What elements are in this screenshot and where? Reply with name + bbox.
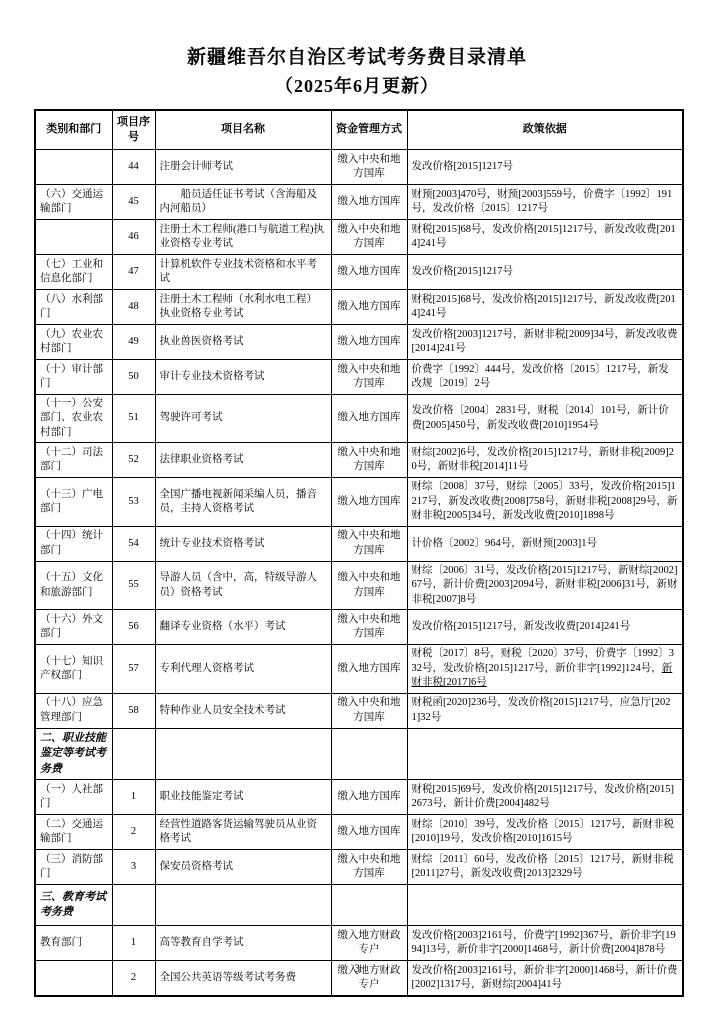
policy-cell: 财综〔2006〕31号，发改价格[2015]1217号，新财综[2002]67号… xyxy=(407,561,683,609)
policy-cell-text: 发改价格〔2004〕2831号，财税〔2014〕101号，新计价费[2005]4… xyxy=(412,405,669,430)
category-cell-text: （七）工业和信息化部门 xyxy=(40,259,103,284)
item-number-cell-text: 48 xyxy=(128,301,139,312)
fund-method-cell: 缴入地方国库 xyxy=(331,645,407,693)
item-number-cell: 44 xyxy=(112,150,155,185)
item-name-cell: 保安员资格考试 xyxy=(155,850,331,885)
fund-method-cell-text: 缴入地方国库 xyxy=(338,791,401,802)
policy-cell: 发改价格[2015]1217号 xyxy=(407,150,683,185)
item-number-cell: 50 xyxy=(112,360,155,395)
item-number-cell: 1 xyxy=(112,780,155,815)
category-cell-text: （十五）文化和旅游部门 xyxy=(40,572,103,597)
fund-method-cell: 缴入中央和地方国库 xyxy=(331,443,407,478)
item-name-cell-text: 船员适任证书考试（含海船及内河船员） xyxy=(160,189,318,214)
item-name-cell-text: 注册会计师考试 xyxy=(160,161,234,172)
category-cell-text: （六）交通运输部门 xyxy=(40,189,103,214)
fund-method-cell-text: 缴入中央和地方国库 xyxy=(338,697,401,722)
category-cell-text: （十三）广电部门 xyxy=(40,489,103,514)
policy-cell-text: 财预[2003]470号，财预[2003]559号，价费字〔1992〕191号，… xyxy=(412,189,673,214)
item-number-cell: 55 xyxy=(112,561,155,609)
policy-cell: 发改价格[2003]2161号，价费字[1992]367号，新价非字[1994]… xyxy=(407,926,683,961)
item-number-cell: 1 xyxy=(112,926,155,961)
policy-cell-text: 财综〔2008〕37号，财综〔2005〕33号，发改价格[2015]1217号，… xyxy=(412,481,678,521)
category-cell: （十七）知识产权部门 xyxy=(35,645,112,693)
item-name-cell-text: 保安员资格考试 xyxy=(160,861,234,872)
category-cell: 三、教育考试考务费 xyxy=(35,885,112,926)
policy-cell-text: 发改价格[2003]1217号，新财非税[2009]34号，新发改收费[2014… xyxy=(412,329,678,354)
item-number-cell: 3 xyxy=(112,850,155,885)
item-name-cell: 法律职业资格考试 xyxy=(155,443,331,478)
item-name-cell: 翻译专业资格（水平）考试 xyxy=(155,610,331,645)
fund-method-cell xyxy=(331,885,407,926)
category-cell-text: （八）水利部门 xyxy=(40,294,103,319)
policy-cell-text: 财综[2002]6号，发改价格[2015]1217号，新财非税[2009]20号… xyxy=(412,447,674,472)
policy-cell: 财预[2003]470号，财预[2003]559号，价费字〔1992〕191号，… xyxy=(407,185,683,220)
document-subtitle: （2025年6月更新） xyxy=(0,72,714,98)
policy-cell-text: 财税函[2020]236号，发改价格[2015]1217号，应急厅[2021]3… xyxy=(412,697,671,722)
category-cell: （七）工业和信息化部门 xyxy=(35,255,112,290)
item-name-cell-text: 专利代理人资格考试 xyxy=(160,663,255,674)
fee-table: 类别和部门 项目序号 项目名称 资金管理方式 政策依据 44注册会计师考试缴入中… xyxy=(34,109,684,997)
category-cell: （十六）外文部门 xyxy=(35,610,112,645)
fund-method-cell-text: 缴入地方国库 xyxy=(338,826,401,837)
policy-cell: 发改价格〔2004〕2831号，财税〔2014〕101号，新计价费[2005]4… xyxy=(407,395,683,443)
item-name-cell-text: 经营性道路客货运输驾驶员从业资格考试 xyxy=(160,819,318,844)
item-name-cell-text: 高等教育自学考试 xyxy=(160,937,244,948)
item-number-cell: 57 xyxy=(112,645,155,693)
category-cell xyxy=(35,220,112,255)
item-name-cell: 计算机软件专业技术资格和水平考试 xyxy=(155,255,331,290)
table-row: 教育部门1高等教育自学考试缴入地方财政专户发改价格[2003]2161号，价费字… xyxy=(35,926,683,961)
fund-method-cell xyxy=(331,728,407,779)
fund-method-cell-text: 缴入中央和地方国库 xyxy=(338,530,401,555)
policy-cell: 价费字〔1992〕444号，发改价格〔2015〕1217号，新发改规〔2019〕… xyxy=(407,360,683,395)
item-name-cell-text: 驾驶许可考试 xyxy=(160,412,223,423)
column-header-fund-method: 资金管理方式 xyxy=(331,110,407,150)
fund-method-cell: 缴入中央和地方国库 xyxy=(331,693,407,728)
item-name-cell: 注册土木工程师(港口与航道工程)执业资格专业考试 xyxy=(155,220,331,255)
item-number-cell-text: 46 xyxy=(128,231,139,242)
fund-method-cell: 缴入地方国库 xyxy=(331,185,407,220)
item-number-cell-text: 54 xyxy=(128,538,139,549)
item-name-cell: 审计专业技术资格考试 xyxy=(155,360,331,395)
policy-cell-text: 财税[2015]69号，发改价格[2015]1217号，发改价格[2015]26… xyxy=(412,784,674,809)
fund-method-cell: 缴入中央和地方国库 xyxy=(331,526,407,561)
document-page: 新疆维吾尔自治区考试考务费目录清单 （2025年6月更新） 类别和部门 项目序号… xyxy=(0,42,714,997)
item-name-cell-text: 统计专业技术资格考试 xyxy=(160,538,265,549)
fund-method-cell-text: 缴入中央和地方国库 xyxy=(338,614,401,639)
item-name-cell-text: 全国广播电视新闻采编人员，播音员，主持人资格考试 xyxy=(160,489,318,514)
table-row: （九）农业农村部门49执业兽医资格考试缴入地方国库发改价格[2003]1217号… xyxy=(35,325,683,360)
item-number-cell: 53 xyxy=(112,478,155,526)
category-cell: （一）人社部门 xyxy=(35,780,112,815)
item-number-cell-text: 56 xyxy=(128,621,139,632)
item-name-cell-text: 职业技能鉴定考试 xyxy=(160,791,244,802)
policy-cell: 财税函[2020]236号，发改价格[2015]1217号，应急厅[2021]3… xyxy=(407,693,683,728)
table-row: 46注册土木工程师(港口与航道工程)执业资格专业考试缴入中央和地方国库财税[20… xyxy=(35,220,683,255)
table-row: （六）交通运输部门45 船员适任证书考试（含海船及内河船员）缴入地方国库财预[2… xyxy=(35,185,683,220)
policy-cell-text: 财税[2015]68号，发改价格[2015]1217号，新发改收费[2014]2… xyxy=(412,224,676,249)
fund-method-cell-text: 缴入地方国库 xyxy=(338,336,401,347)
item-number-cell xyxy=(112,885,155,926)
fund-method-cell-text: 缴入地方国库 xyxy=(338,412,401,423)
category-cell: （十）审计部门 xyxy=(35,360,112,395)
fund-method-cell: 缴入中央和地方国库 xyxy=(331,220,407,255)
fund-method-cell-text: 缴入中央和地方国库 xyxy=(338,854,401,879)
item-number-cell: 45 xyxy=(112,185,155,220)
item-name-cell-text: 特种作业人员安全技术考试 xyxy=(160,705,286,716)
category-cell: 二、职业技能鉴定等考试考务费 xyxy=(35,728,112,779)
policy-cell: 财税[2015]68号，发改价格[2015]1217号，新发改收费[2014]2… xyxy=(407,290,683,325)
category-cell: （十四）统计部门 xyxy=(35,526,112,561)
item-number-cell-text: 1 xyxy=(131,937,136,948)
policy-cell: 财综〔2010〕39号，发改价格〔2015〕1217号，新财非税[2010]19… xyxy=(407,815,683,850)
table-row: （三）消防部门3保安员资格考试缴入中央和地方国库财综〔2011〕60号，发改价格… xyxy=(35,850,683,885)
policy-cell-text: 财税〔2017〕8号，财税〔2020〕37号，价费字〔1992〕332号，发改价… xyxy=(412,648,675,673)
item-number-cell: 51 xyxy=(112,395,155,443)
table-row: （十八）应急管理部门58特种作业人员安全技术考试缴入中央和地方国库财税函[202… xyxy=(35,693,683,728)
table-row: （十）审计部门50审计专业技术资格考试缴入中央和地方国库价费字〔1992〕444… xyxy=(35,360,683,395)
fund-method-cell-text: 缴入地方国库 xyxy=(338,496,401,507)
policy-cell: 财综〔2011〕60号，发改价格〔2015〕1217号，新财非税[2011]27… xyxy=(407,850,683,885)
item-name-cell-text: 计算机软件专业技术资格和水平考试 xyxy=(160,259,318,284)
item-number-cell: 56 xyxy=(112,610,155,645)
header-row: 类别和部门 项目序号 项目名称 资金管理方式 政策依据 xyxy=(35,110,683,150)
item-name-cell: 导游人员（含中，高，特级导游人员）资格考试 xyxy=(155,561,331,609)
table-row: 44注册会计师考试缴入中央和地方国库发改价格[2015]1217号 xyxy=(35,150,683,185)
category-cell-text: （九）农业农村部门 xyxy=(40,329,103,354)
category-cell: （六）交通运输部门 xyxy=(35,185,112,220)
policy-cell-text: 发改价格[2015]1217号，新发改收费[2014]241号 xyxy=(412,621,631,632)
category-cell-text: （十二）司法部门 xyxy=(40,447,103,472)
item-number-cell: 46 xyxy=(112,220,155,255)
category-cell-text: （十）审计部门 xyxy=(40,364,103,389)
category-cell: （八）水利部门 xyxy=(35,290,112,325)
table-row: （十五）文化和旅游部门55导游人员（含中，高，特级导游人员）资格考试缴入中央和地… xyxy=(35,561,683,609)
category-cell-text: （十六）外文部门 xyxy=(40,614,103,639)
fund-method-cell: 缴入中央和地方国库 xyxy=(331,150,407,185)
fund-method-cell: 缴入中央和地方国库 xyxy=(331,850,407,885)
item-number-cell: 47 xyxy=(112,255,155,290)
category-cell: （十五）文化和旅游部门 xyxy=(35,561,112,609)
category-cell: （三）消防部门 xyxy=(35,850,112,885)
category-cell-text: （一）人社部门 xyxy=(40,784,103,809)
category-cell-text: 教育部门 xyxy=(40,937,82,948)
column-header-policy-basis: 政策依据 xyxy=(407,110,683,150)
table-row: （八）水利部门48注册土木工程师（水利水电工程）执业资格专业考试缴入地方国库财税… xyxy=(35,290,683,325)
fund-method-cell-text: 缴入地方国库 xyxy=(338,266,401,277)
fund-method-cell-text: 缴入中央和地方国库 xyxy=(338,447,401,472)
item-number-cell-text: 55 xyxy=(128,579,139,590)
fund-method-cell-text: 缴入地方国库 xyxy=(338,196,401,207)
item-name-cell: 职业技能鉴定考试 xyxy=(155,780,331,815)
item-name-cell: 经营性道路客货运输驾驶员从业资格考试 xyxy=(155,815,331,850)
item-number-cell-text: 52 xyxy=(128,454,139,465)
item-number-cell-text: 45 xyxy=(128,196,139,207)
fund-method-cell-text: 缴入地方国库 xyxy=(338,301,401,312)
item-number-cell-text: 50 xyxy=(128,371,139,382)
column-header-category: 类别和部门 xyxy=(35,110,112,150)
policy-cell: 发改价格[2003]1217号，新财非税[2009]34号，新发改收费[2014… xyxy=(407,325,683,360)
policy-cell: 财税[2015]68号，发改价格[2015]1217号，新发改收费[2014]2… xyxy=(407,220,683,255)
fund-method-cell: 缴入地方国库 xyxy=(331,815,407,850)
item-name-cell-text: 注册土木工程师（水利水电工程）执业资格专业考试 xyxy=(160,294,318,319)
policy-cell-text: 财综〔2010〕39号，发改价格〔2015〕1217号，新财非税[2010]19… xyxy=(412,819,675,844)
column-header-item-number: 项目序号 xyxy=(112,110,155,150)
table-row: （十三）广电部门53全国广播电视新闻采编人员，播音员，主持人资格考试缴入地方国库… xyxy=(35,478,683,526)
fund-method-cell-text: 缴入中央和地方国库 xyxy=(338,364,401,389)
fund-method-cell: 缴入地方国库 xyxy=(331,255,407,290)
fund-method-cell: 缴入中央和地方国库 xyxy=(331,360,407,395)
category-cell: （十一）公安部门、农业农村部门 xyxy=(35,395,112,443)
item-number-cell: 49 xyxy=(112,325,155,360)
policy-cell-text: 财综〔2006〕31号，发改价格[2015]1217号，新财综[2002]67号… xyxy=(412,565,678,605)
category-cell-text: （十四）统计部门 xyxy=(40,530,103,555)
item-name-cell-text: 注册土木工程师(港口与航道工程)执业资格专业考试 xyxy=(160,224,325,249)
column-header-item-name: 项目名称 xyxy=(155,110,331,150)
table-row: （二）交通运输部门2经营性道路客货运输驾驶员从业资格考试缴入地方国库财综〔201… xyxy=(35,815,683,850)
fund-method-cell-text: 缴入地方财政专户 xyxy=(338,930,401,955)
fund-method-cell: 缴入地方国库 xyxy=(331,395,407,443)
table-row: （七）工业和信息化部门47计算机软件专业技术资格和水平考试缴入地方国库发改价格[… xyxy=(35,255,683,290)
fund-method-cell: 缴入地方国库 xyxy=(331,290,407,325)
item-name-cell: 统计专业技术资格考试 xyxy=(155,526,331,561)
category-cell-text: 三、教育考试考务费 xyxy=(40,891,106,918)
table-row: （十二）司法部门52法律职业资格考试缴入中央和地方国库财综[2002]6号，发改… xyxy=(35,443,683,478)
item-name-cell-text: 翻译专业资格（水平）考试 xyxy=(160,621,286,632)
table-body: 44注册会计师考试缴入中央和地方国库发改价格[2015]1217号（六）交通运输… xyxy=(35,150,683,996)
policy-cell: 计价格〔2002〕964号，新财预[2003]1号 xyxy=(407,526,683,561)
policy-cell: 发改价格[2015]1217号 xyxy=(407,255,683,290)
fund-method-cell: 缴入中央和地方国库 xyxy=(331,610,407,645)
category-cell-text: （三）消防部门 xyxy=(40,854,103,879)
item-number-cell-text: 53 xyxy=(128,496,139,507)
policy-cell-text: 发改价格[2015]1217号 xyxy=(412,266,514,277)
policy-cell: 财税[2015]69号，发改价格[2015]1217号，发改价格[2015]26… xyxy=(407,780,683,815)
item-name-cell: 全国广播电视新闻采编人员，播音员，主持人资格考试 xyxy=(155,478,331,526)
category-cell-text: （十七）知识产权部门 xyxy=(40,656,103,681)
item-name-cell: 驾驶许可考试 xyxy=(155,395,331,443)
item-name-cell: 注册土木工程师（水利水电工程）执业资格专业考试 xyxy=(155,290,331,325)
item-name-cell: 船员适任证书考试（含海船及内河船员） xyxy=(155,185,331,220)
item-number-cell-text: 57 xyxy=(128,663,139,674)
category-cell-text: （十八）应急管理部门 xyxy=(40,697,103,722)
item-name-cell: 执业兽医资格考试 xyxy=(155,325,331,360)
fund-method-cell-text: 缴入中央和地方国库 xyxy=(338,154,401,179)
fund-method-cell-text: 缴入地方国库 xyxy=(338,663,401,674)
policy-cell: 财综〔2008〕37号，财综〔2005〕33号，发改价格[2015]1217号，… xyxy=(407,478,683,526)
table-row: （十一）公安部门、农业农村部门51驾驶许可考试缴入地方国库发改价格〔2004〕2… xyxy=(35,395,683,443)
category-cell: （十三）广电部门 xyxy=(35,478,112,526)
item-number-cell-text: 3 xyxy=(131,861,136,872)
policy-cell-text: 计价格〔2002〕964号，新财预[2003]1号 xyxy=(412,538,598,549)
item-number-cell-text: 58 xyxy=(128,705,139,716)
policy-cell-text: 财税[2015]68号，发改价格[2015]1217号，新发改收费[2014]2… xyxy=(412,294,676,319)
item-number-cell-text: 49 xyxy=(128,336,139,347)
item-name-cell: 专利代理人资格考试 xyxy=(155,645,331,693)
policy-cell: 财综[2002]6号，发改价格[2015]1217号，新财非税[2009]20号… xyxy=(407,443,683,478)
category-cell: 教育部门 xyxy=(35,926,112,961)
policy-cell: 财税〔2017〕8号，财税〔2020〕37号，价费字〔1992〕332号，发改价… xyxy=(407,645,683,693)
item-number-cell-text: 1 xyxy=(131,791,136,802)
table-row: （一）人社部门1职业技能鉴定考试缴入地方国库财税[2015]69号，发改价格[2… xyxy=(35,780,683,815)
policy-cell: 发改价格[2015]1217号，新发改收费[2014]241号 xyxy=(407,610,683,645)
section-row: 三、教育考试考务费 xyxy=(35,885,683,926)
item-number-cell xyxy=(112,728,155,779)
fund-method-cell: 缴入中央和地方国库 xyxy=(331,561,407,609)
category-cell: （十二）司法部门 xyxy=(35,443,112,478)
table-row: （十七）知识产权部门57专利代理人资格考试缴入地方国库财税〔2017〕8号，财税… xyxy=(35,645,683,693)
policy-cell-text: 价费字〔1992〕444号，发改价格〔2015〕1217号，新发改规〔2019〕… xyxy=(412,364,669,389)
fund-method-cell: 缴入地方财政专户 xyxy=(331,926,407,961)
item-name-cell xyxy=(155,885,331,926)
policy-cell xyxy=(407,885,683,926)
item-name-cell xyxy=(155,728,331,779)
category-cell: （九）农业农村部门 xyxy=(35,325,112,360)
item-name-cell: 特种作业人员安全技术考试 xyxy=(155,693,331,728)
category-cell: （二）交通运输部门 xyxy=(35,815,112,850)
category-cell-text: 二、职业技能鉴定等考试考务费 xyxy=(40,732,106,775)
fund-method-cell: 缴入地方国库 xyxy=(331,780,407,815)
table-row: （十四）统计部门54统计专业技术资格考试缴入中央和地方国库计价格〔2002〕96… xyxy=(35,526,683,561)
section-row: 二、职业技能鉴定等考试考务费 xyxy=(35,728,683,779)
item-number-cell: 52 xyxy=(112,443,155,478)
fund-method-cell: 缴入地方国库 xyxy=(331,325,407,360)
fund-method-cell-text: 缴入中央和地方国库 xyxy=(338,224,401,249)
item-name-cell-text: 执业兽医资格考试 xyxy=(160,336,244,347)
category-cell: （十八）应急管理部门 xyxy=(35,693,112,728)
item-number-cell: 58 xyxy=(112,693,155,728)
item-number-cell: 54 xyxy=(112,526,155,561)
fund-method-cell: 缴入地方国库 xyxy=(331,478,407,526)
category-cell xyxy=(35,150,112,185)
item-name-cell: 注册会计师考试 xyxy=(155,150,331,185)
item-name-cell-text: 导游人员（含中，高，特级导游人员）资格考试 xyxy=(160,572,318,597)
policy-cell-text: 发改价格[2015]1217号 xyxy=(412,161,514,172)
item-name-cell-text: 法律职业资格考试 xyxy=(160,454,244,465)
policy-cell-text: 财综〔2011〕60号，发改价格〔2015〕1217号，新财非税[2011]27… xyxy=(412,854,674,879)
item-number-cell-text: 47 xyxy=(128,266,139,277)
fund-method-cell-text: 缴入中央和地方国库 xyxy=(338,572,401,597)
page-number: 3 xyxy=(0,961,714,976)
policy-cell xyxy=(407,728,683,779)
category-cell-text: （十一）公安部门、农业农村部门 xyxy=(40,398,103,438)
item-name-cell: 高等教育自学考试 xyxy=(155,926,331,961)
item-number-cell-text: 2 xyxy=(131,826,136,837)
item-number-cell: 48 xyxy=(112,290,155,325)
document-title: 新疆维吾尔自治区考试考务费目录清单 xyxy=(0,42,714,69)
item-number-cell-text: 44 xyxy=(128,161,139,172)
item-name-cell-text: 审计专业技术资格考试 xyxy=(160,371,265,382)
table-header: 类别和部门 项目序号 项目名称 资金管理方式 政策依据 xyxy=(35,110,683,150)
policy-cell-text: 发改价格[2003]2161号，价费字[1992]367号，新价非字[1994]… xyxy=(412,930,676,955)
category-cell-text: （二）交通运输部门 xyxy=(40,819,103,844)
item-number-cell-text: 51 xyxy=(128,412,139,423)
item-number-cell: 2 xyxy=(112,815,155,850)
table-row: （十六）外文部门56翻译专业资格（水平）考试缴入中央和地方国库发改价格[2015… xyxy=(35,610,683,645)
